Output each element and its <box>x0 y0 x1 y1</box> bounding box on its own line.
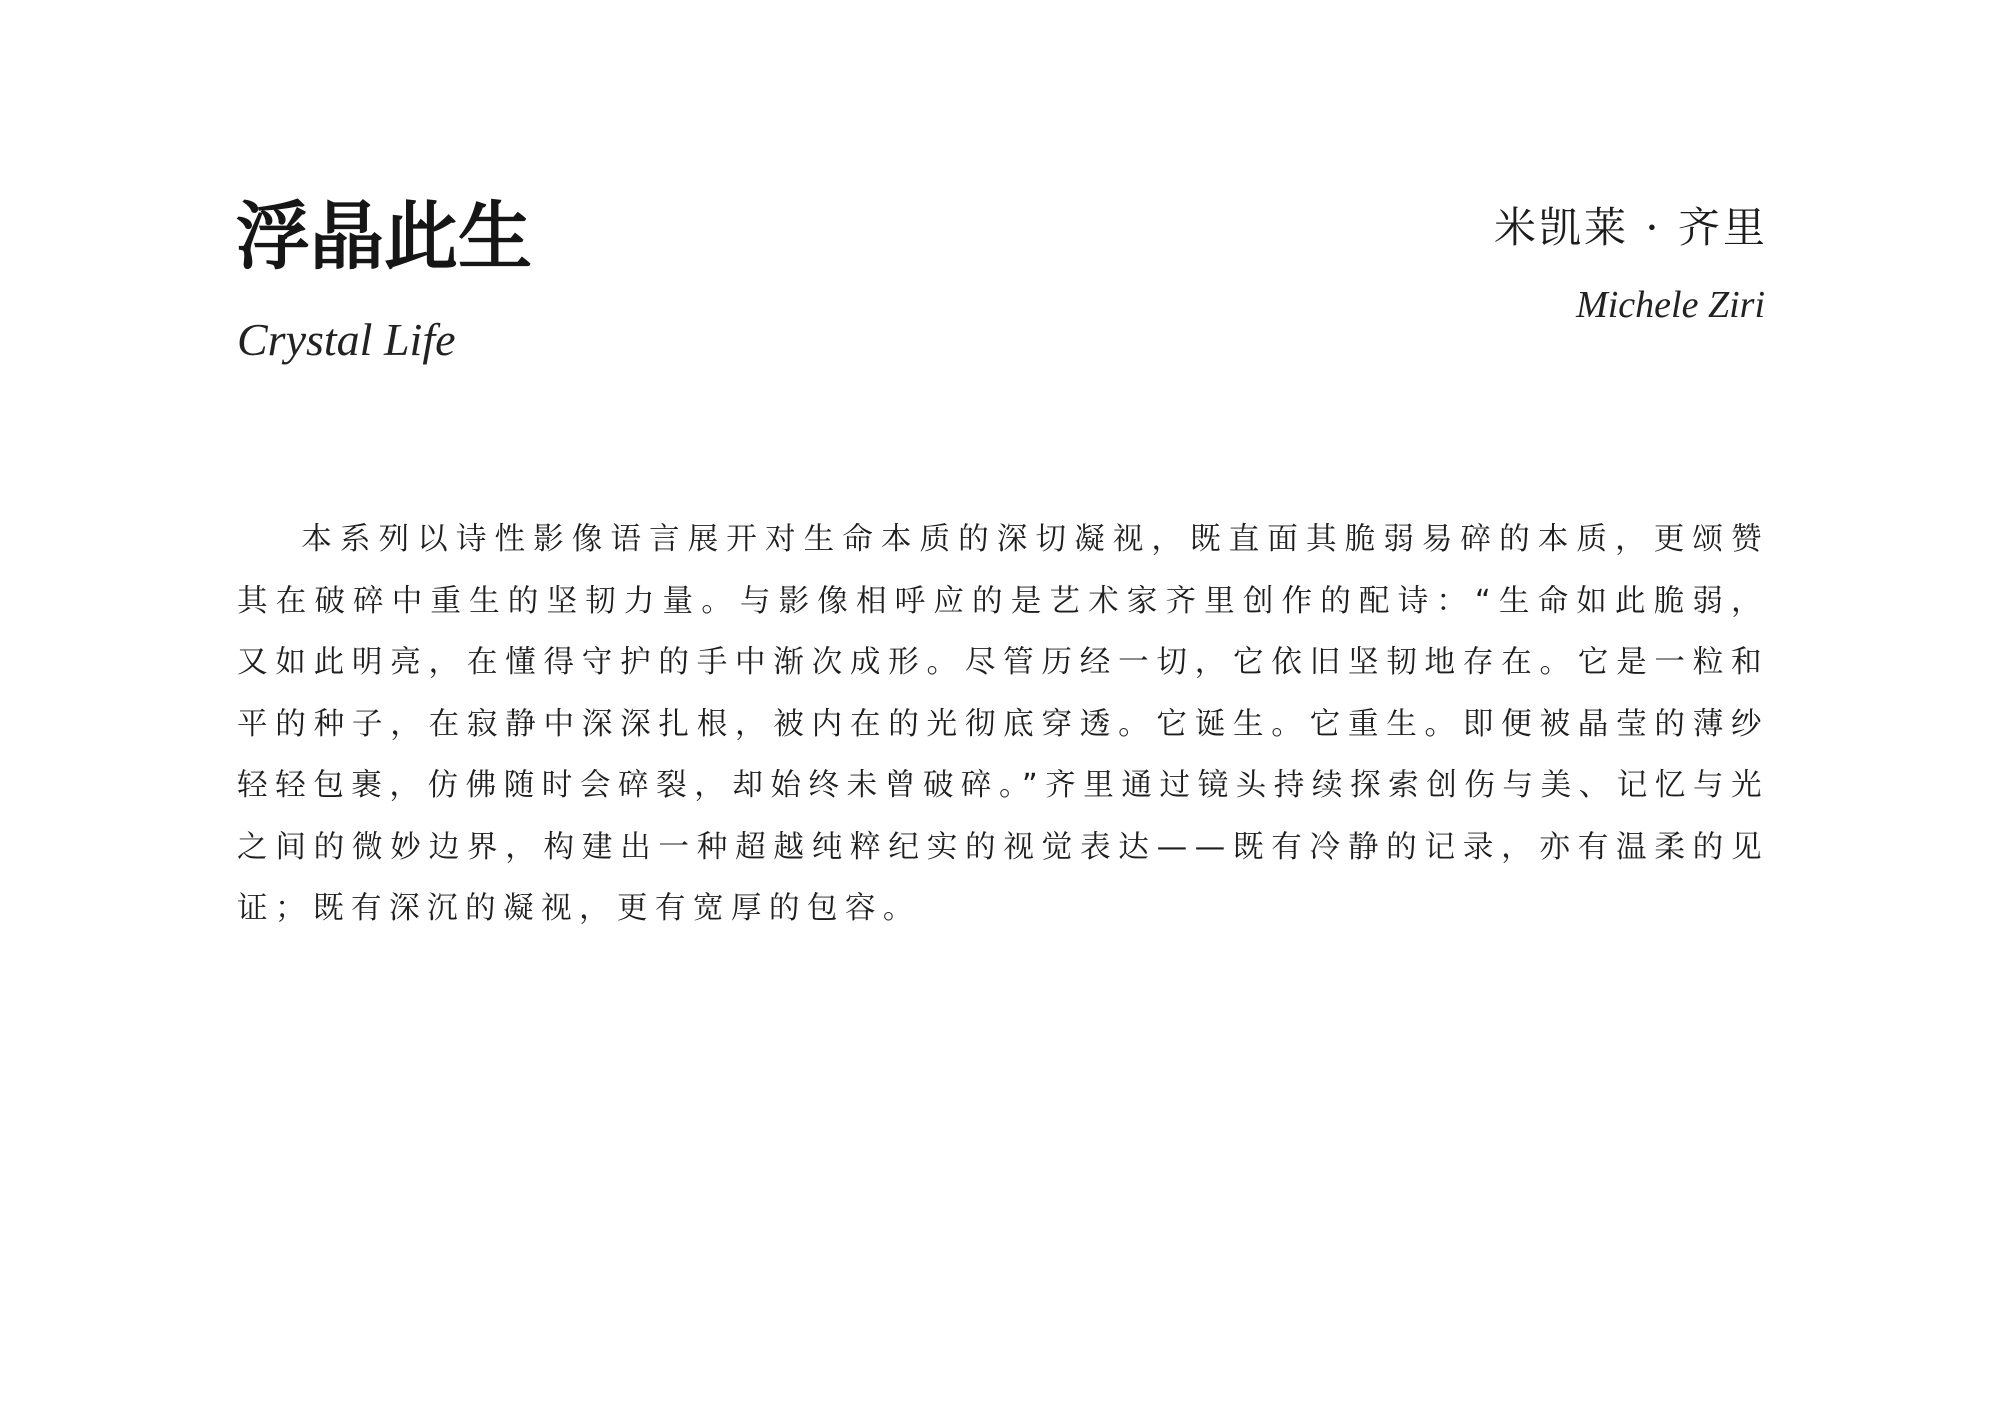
author-name-english: Michele Ziri <box>1576 280 1765 330</box>
description-paragraph: 本系列以诗性影像语言展开对生命本质的深切凝视，既直面其脆弱易碎的本质，更颂赞其在… <box>237 509 1769 940</box>
author-name-chinese: 米凯莱 · 齐里 <box>1494 200 1768 256</box>
page-title-english: Crystal Life <box>237 312 456 368</box>
page-title-chinese: 浮晶此生 <box>236 192 532 282</box>
